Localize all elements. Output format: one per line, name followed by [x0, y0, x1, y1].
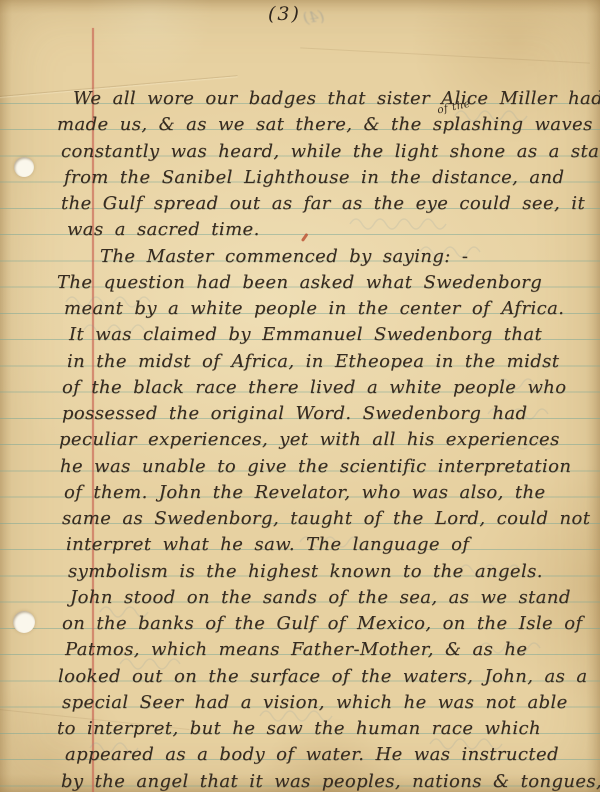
handwritten-line: same as Swedenborg, taught of the Lord, … [62, 508, 590, 530]
page-number: (3) [268, 3, 301, 25]
paper-crease [300, 47, 590, 63]
handwritten-line: The Master commenced by saying: - [100, 246, 468, 268]
handwritten-line: symbolism is the highest known to the an… [68, 561, 543, 583]
handwritten-line: peculiar experiences, yet with all his e… [59, 429, 560, 451]
handwritten-line: to interpret, but he saw the human race … [57, 718, 541, 740]
manuscript-page: (3) (4) of the We all wore our badges th… [0, 0, 600, 792]
handwritten-line: of the black race there lived a white pe… [62, 377, 567, 399]
handwritten-line: special Seer had a vision, which he was … [62, 692, 568, 714]
handwritten-line: constantly was heard, while the light sh… [61, 141, 600, 163]
handwritten-line: was a sacred time. [67, 219, 260, 241]
handwritten-line: he was unable to give the scientific int… [60, 456, 571, 478]
handwritten-line: possessed the original Word. Swedenborg … [62, 403, 527, 425]
handwritten-line: The question had been asked what Swedenb… [57, 272, 542, 294]
handwritten-line: looked out on the surface of the waters,… [58, 666, 588, 688]
handwritten-line: in the midst of Africa, in Etheopea in t… [67, 351, 559, 373]
handwritten-line: Patmos, which means Father-Mother, & as … [65, 639, 527, 661]
handwritten-line: made us, & as we sat there, & the splash… [57, 114, 593, 136]
handwritten-line: on the banks of the Gulf of Mexico, on t… [62, 613, 583, 635]
handwritten-line: It was claimed by Emmanuel Swedenborg th… [69, 324, 542, 346]
bleedthrough-page-number: (4) [302, 7, 325, 27]
handwritten-line: interpret what he saw. The language of [66, 534, 469, 556]
punch-hole-bottom [13, 611, 35, 633]
punch-hole-top [14, 157, 34, 177]
handwritten-line: We all wore our badges that sister Alice… [73, 88, 600, 110]
handwritten-line: meant by a white people in the center of… [64, 298, 564, 320]
handwritten-line: John stood on the sands of the sea, as w… [70, 587, 571, 609]
handwritten-line: by the angel that it was peoples, nation… [61, 771, 600, 792]
handwritten-line: of them. John the Revelator, who was als… [64, 482, 546, 504]
handwritten-line: from the Sanibel Lighthouse in the dista… [64, 167, 564, 189]
handwritten-line: appeared as a body of water. He was inst… [65, 744, 559, 766]
handwritten-line: the Gulf spread out as far as the eye co… [61, 193, 585, 215]
